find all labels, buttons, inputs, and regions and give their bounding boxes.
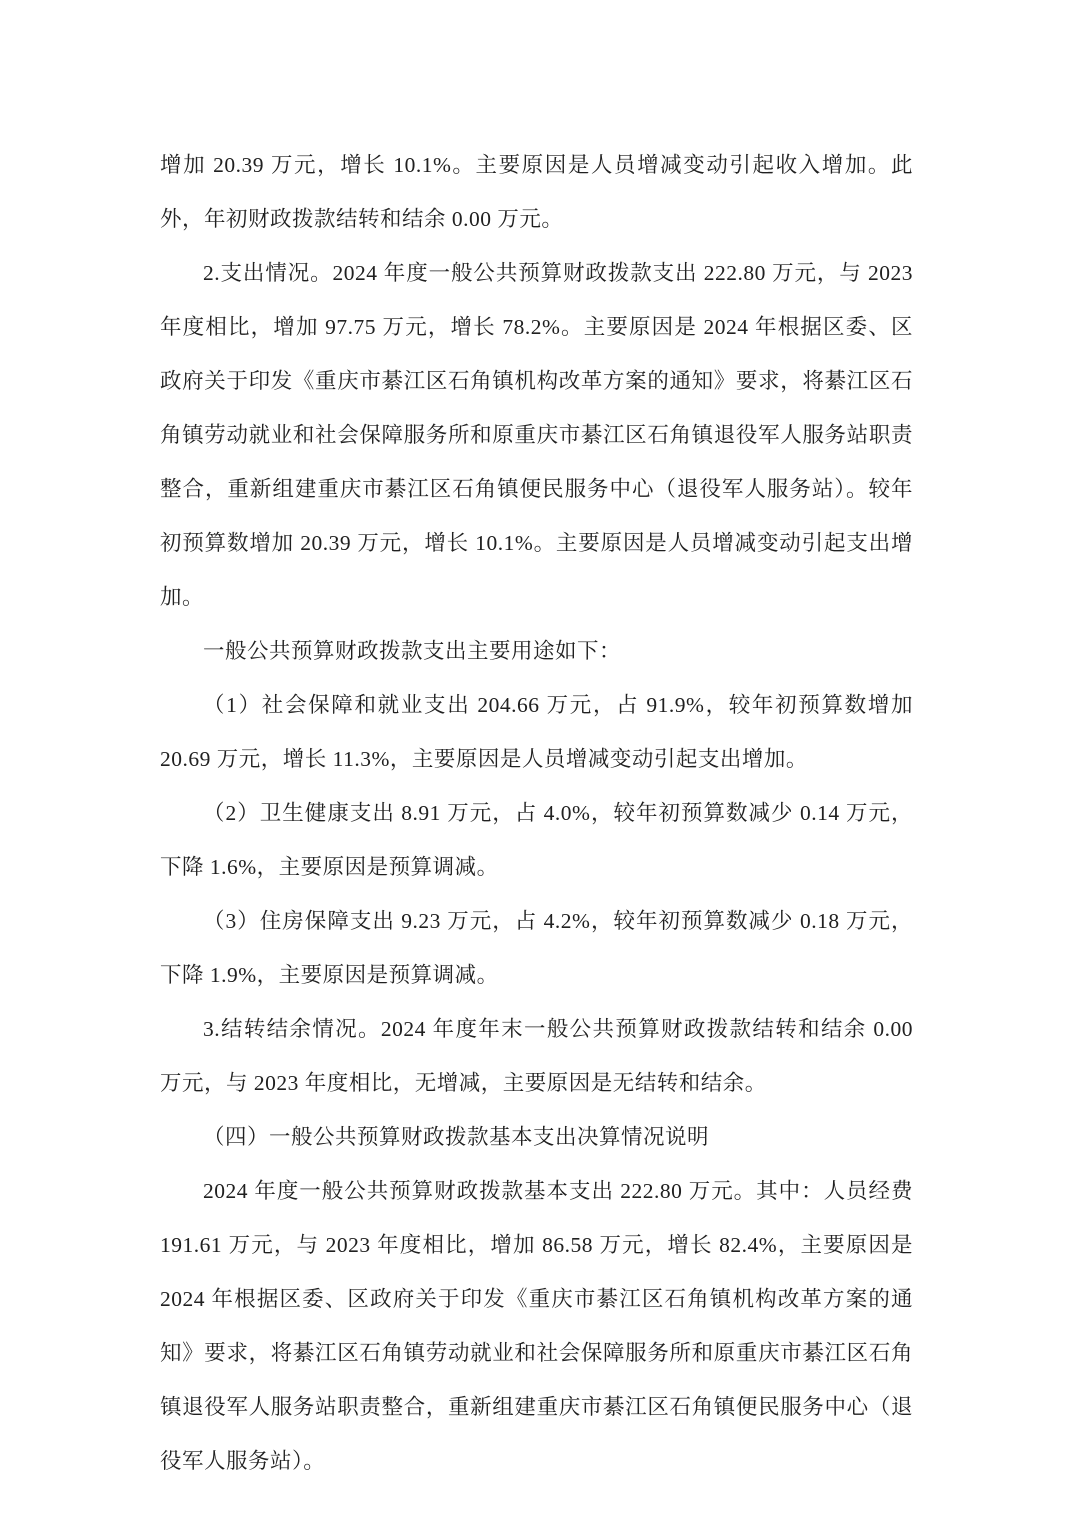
para-item-1-social-security-expenditure: （1）社会保障和就业支出 204.66 万元，占 91.9%，较年初预算数增加 … bbox=[160, 678, 913, 786]
para-2-expenditure-overview: 2.支出情况。2024 年度一般公共预算财政拨款支出 222.80 万元，与 2… bbox=[160, 246, 913, 624]
para-item-2-health-expenditure: （2）卫生健康支出 8.91 万元，占 4.0%，较年初预算数减少 0.14 万… bbox=[160, 786, 913, 894]
para-basic-expenditure-detail: 2024 年度一般公共预算财政拨款基本支出 222.80 万元。其中：人员经费 … bbox=[160, 1164, 913, 1488]
para-section-4-heading: （四）一般公共预算财政拨款基本支出决算情况说明 bbox=[160, 1110, 913, 1164]
para-expenditure-purposes-intro: 一般公共预算财政拨款支出主要用途如下： bbox=[160, 624, 913, 678]
document-text-block: 增加 20.39 万元，增长 10.1%。主要原因是人员增减变动引起收入增加。此… bbox=[160, 138, 913, 1488]
para-3-carryover-balance: 3.结转结余情况。2024 年度年末一般公共预算财政拨款结转和结余 0.00 万… bbox=[160, 1002, 913, 1110]
para-item-3-housing-expenditure: （3）住房保障支出 9.23 万元，占 4.2%，较年初预算数减少 0.18 万… bbox=[160, 894, 913, 1002]
document-page: 增加 20.39 万元，增长 10.1%。主要原因是人员增减变动引起收入增加。此… bbox=[0, 0, 1074, 1520]
para-income-continuation: 增加 20.39 万元，增长 10.1%。主要原因是人员增减变动引起收入增加。此… bbox=[160, 138, 913, 246]
